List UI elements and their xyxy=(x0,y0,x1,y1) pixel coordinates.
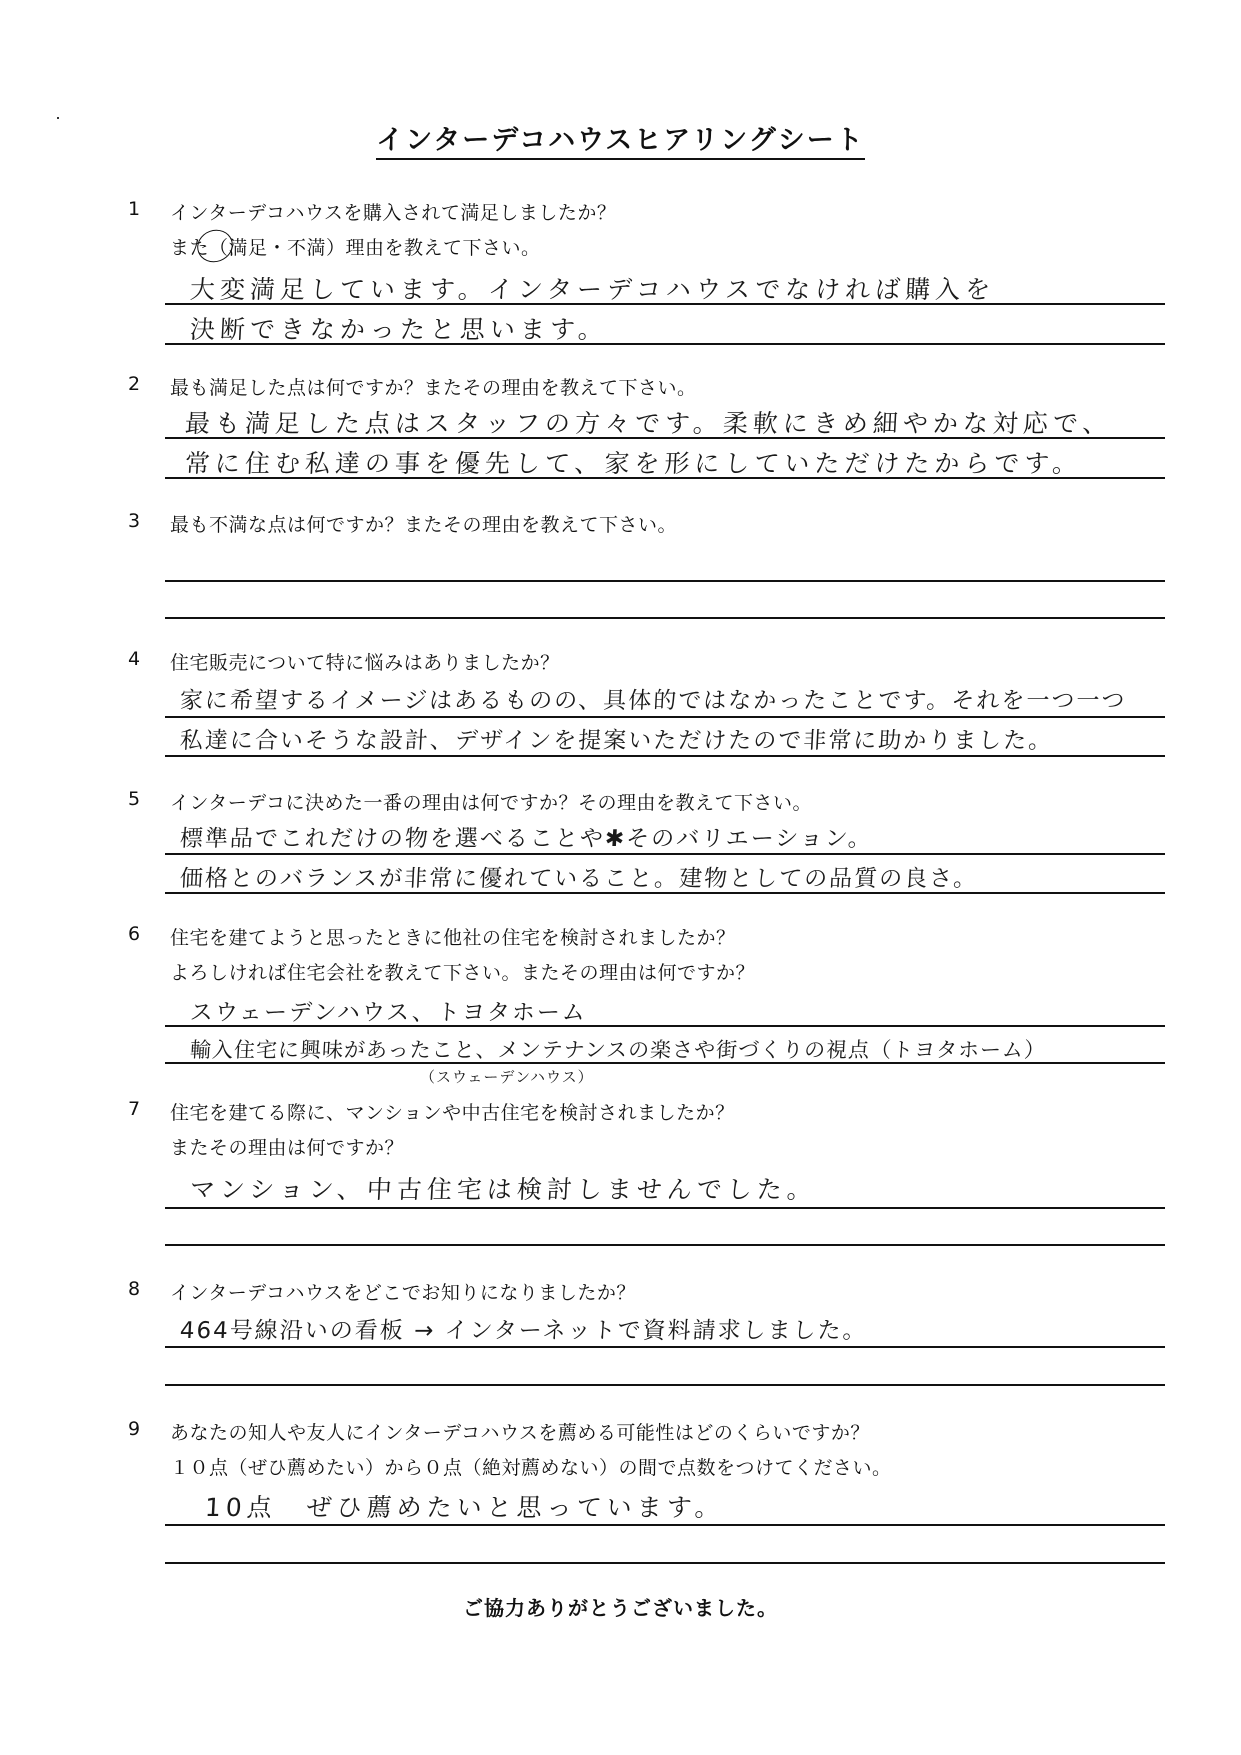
answer-rule xyxy=(165,580,1165,582)
answer-rule xyxy=(165,437,1165,439)
answer-line[interactable]: マンション、中古住宅は検討しませんでした。 xyxy=(189,1170,818,1206)
answer-rule xyxy=(165,1524,1165,1526)
question-number: 7 xyxy=(128,1098,140,1120)
answer-rule xyxy=(165,1244,1165,1246)
question-text: インターデコハウスを購入されて満足しましたか？ xyxy=(170,198,616,225)
answer-rule xyxy=(165,1207,1165,1209)
question-text: またその理由は何ですか？ xyxy=(170,1133,404,1160)
answer-line[interactable]: 価格とのバランスが非常に優れていること。建物としての品質の良さ。 xyxy=(179,860,979,893)
answer-line[interactable]: スウェーデンハウス、トヨタホーム xyxy=(189,994,588,1027)
thank-you-footer: ご協力ありがとうございました。 xyxy=(0,1592,1241,1621)
answer-line[interactable]: 家に希望するイメージはあるものの、具体的ではなかったことです。それを一つ一つ xyxy=(179,682,1127,715)
answer-rule xyxy=(165,892,1165,894)
question-text: １０点（ぜひ薦めたい）から０点（絶対薦めない）の間で点数をつけてください。 xyxy=(170,1453,892,1480)
answer-rule xyxy=(165,1025,1165,1027)
selection-circle-mark xyxy=(193,225,238,267)
question-number: 2 xyxy=(128,373,140,395)
question-text: あなたの知人や友人にインターデコハウスを薦める可能性はどのくらいですか？ xyxy=(170,1418,870,1445)
question-number: 3 xyxy=(128,510,140,532)
question-text: 住宅を建てる際に、マンションや中古住宅を検討されましたか？ xyxy=(170,1098,735,1125)
question-text: インターデコハウスをどこでお知りになりましたか？ xyxy=(170,1278,636,1305)
question-number: 1 xyxy=(128,198,140,220)
answer-rule xyxy=(165,617,1165,619)
answer-rule xyxy=(165,716,1165,718)
question-text: 住宅を建てようと思ったときに他社の住宅を検討されましたか？ xyxy=(170,923,736,950)
question-number: 5 xyxy=(128,788,140,810)
question-text: 住宅販売について特に悩みはありましたか？ xyxy=(170,648,560,675)
answer-line[interactable]: 常に住む私達の事を優先して、家を形にしていただけたからです。 xyxy=(184,444,1083,480)
answer-line[interactable]: 私達に合いそうな設計、デザインを提案いただけたので非常に助かりました。 xyxy=(179,722,1054,755)
answer-rule xyxy=(165,1384,1165,1386)
answer-line[interactable]: 決断できなかったと思います。 xyxy=(189,310,609,346)
answer-rule xyxy=(165,343,1165,345)
question-number: 6 xyxy=(128,923,140,945)
answer-rule xyxy=(165,1346,1165,1348)
question-text: インターデコに決めた一番の理由は何ですか？その理由を教えて下さい。 xyxy=(170,788,812,815)
question-text: 最も不満な点は何ですか？またその理由を教えて下さい。 xyxy=(170,510,677,537)
answer-annotation: （スウェーデンハウス） xyxy=(420,1066,594,1087)
answer-rule xyxy=(165,1562,1165,1564)
question-number: 8 xyxy=(128,1278,140,1300)
answer-line[interactable]: 464号線沿いの看板 → インターネットで資料請求しました。 xyxy=(179,1312,868,1345)
question-text: 最も満足した点は何ですか？またその理由を教えて下さい。 xyxy=(170,373,697,400)
answer-rule xyxy=(165,1062,1165,1064)
question-text: よろしければ住宅会社を教えて下さい。またその理由は何ですか？ xyxy=(170,958,755,985)
answer-line[interactable]: 最も満足した点はスタッフの方々です。柔軟にきめ細やかな対応で、 xyxy=(184,404,1113,440)
answer-line[interactable]: 輸入住宅に興味があったこと、メンテナンスの楽さや街づくりの視点（トヨタホーム） xyxy=(189,1034,1047,1064)
page-title-text: インターデコハウスヒアリングシート xyxy=(376,125,864,160)
answer-line[interactable]: 10点 ぜひ薦めたいと思っています。 xyxy=(204,1488,726,1524)
answer-rule xyxy=(165,853,1165,855)
page-title: インターデコハウスヒアリングシート xyxy=(0,118,1241,157)
answer-line[interactable]: 大変満足しています。インターデコハウスでなければ購入を xyxy=(189,270,996,306)
answer-line[interactable]: 標準品でこれだけの物を選べることや✱そのバリエーション。 xyxy=(179,820,874,853)
answer-rule xyxy=(165,303,1165,305)
answer-rule xyxy=(165,755,1165,757)
answer-rule xyxy=(165,477,1165,479)
question-number: 9 xyxy=(128,1418,140,1440)
question-number: 4 xyxy=(128,648,140,670)
